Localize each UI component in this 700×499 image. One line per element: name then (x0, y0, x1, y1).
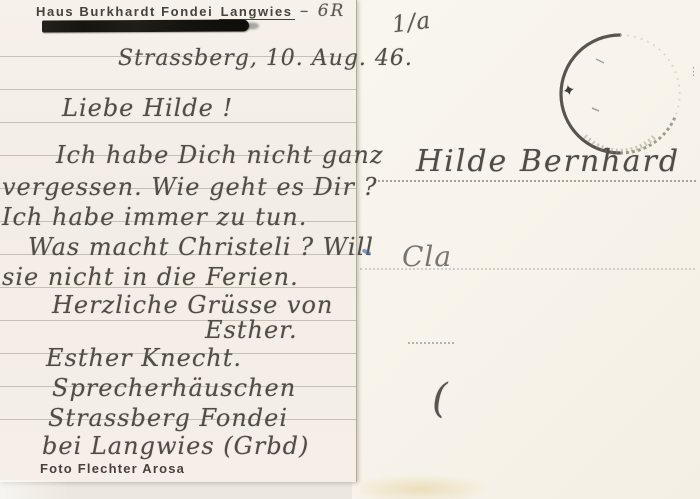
handwriting-line: Sprecherhäuschen (52, 374, 296, 402)
photographer-credit: Foto Flechter Arosa (40, 461, 185, 476)
postmark-stamp-icon: ✦ (552, 26, 688, 162)
photo-card: Haus Burkhardt Fondei Langwies – 6R Stra… (0, 0, 357, 482)
printed-header-underlined: Langwies (219, 4, 295, 20)
handwriting-line: Was macht Christeli ? Will (28, 233, 374, 261)
handwriting-line: Ich habe Dich nicht ganz (56, 141, 384, 169)
postmark-star-icon: ✦ (561, 82, 578, 101)
handwriting-line: Liebe Hilde ! (62, 94, 233, 122)
handwriting-line: Herzliche Grüsse von (52, 291, 333, 319)
address-card: 1/a ✦ ⋮ Hilde Bernhard Cla ( (352, 0, 700, 499)
address-line-rule (374, 180, 696, 182)
paren-fragment: ( (432, 376, 449, 422)
handwriting-date: Strassberg, 10. Aug. 46. (118, 46, 413, 71)
handwriting-line: Strassberg Fondei (48, 404, 288, 432)
handwriting-line: sie nicht in die Ferien. (2, 263, 299, 291)
addressee-name: Hilde Bernhard (416, 144, 680, 179)
address-line-rule-2 (360, 268, 695, 270)
handwriting-line: Ich habe immer zu tun. (2, 203, 307, 231)
printed-header-text: Haus Burkhardt Fondei (36, 4, 213, 19)
handwriting-sender: Esther Knecht. (46, 344, 242, 372)
handwriting-signature: Esther. (205, 316, 298, 344)
edge-marks: ⋮ (688, 68, 699, 76)
printed-header: Haus Burkhardt Fondei Langwies – 6R (36, 1, 345, 21)
corner-note: 1/a (391, 8, 433, 39)
scan-edge-highlight (0, 480, 70, 499)
paper-stain (360, 474, 490, 499)
handwriting-line: bei Langwies (Grbd) (42, 432, 309, 460)
rule-fragment (408, 342, 454, 344)
handwriting-line: vergessen. Wie geht es Dir ? (2, 173, 377, 201)
redaction-bar (42, 19, 249, 32)
postcard-scan: { "photo_card": { "header": { "text": "H… (0, 0, 700, 499)
header-pencil-note: – 6R (300, 1, 346, 21)
